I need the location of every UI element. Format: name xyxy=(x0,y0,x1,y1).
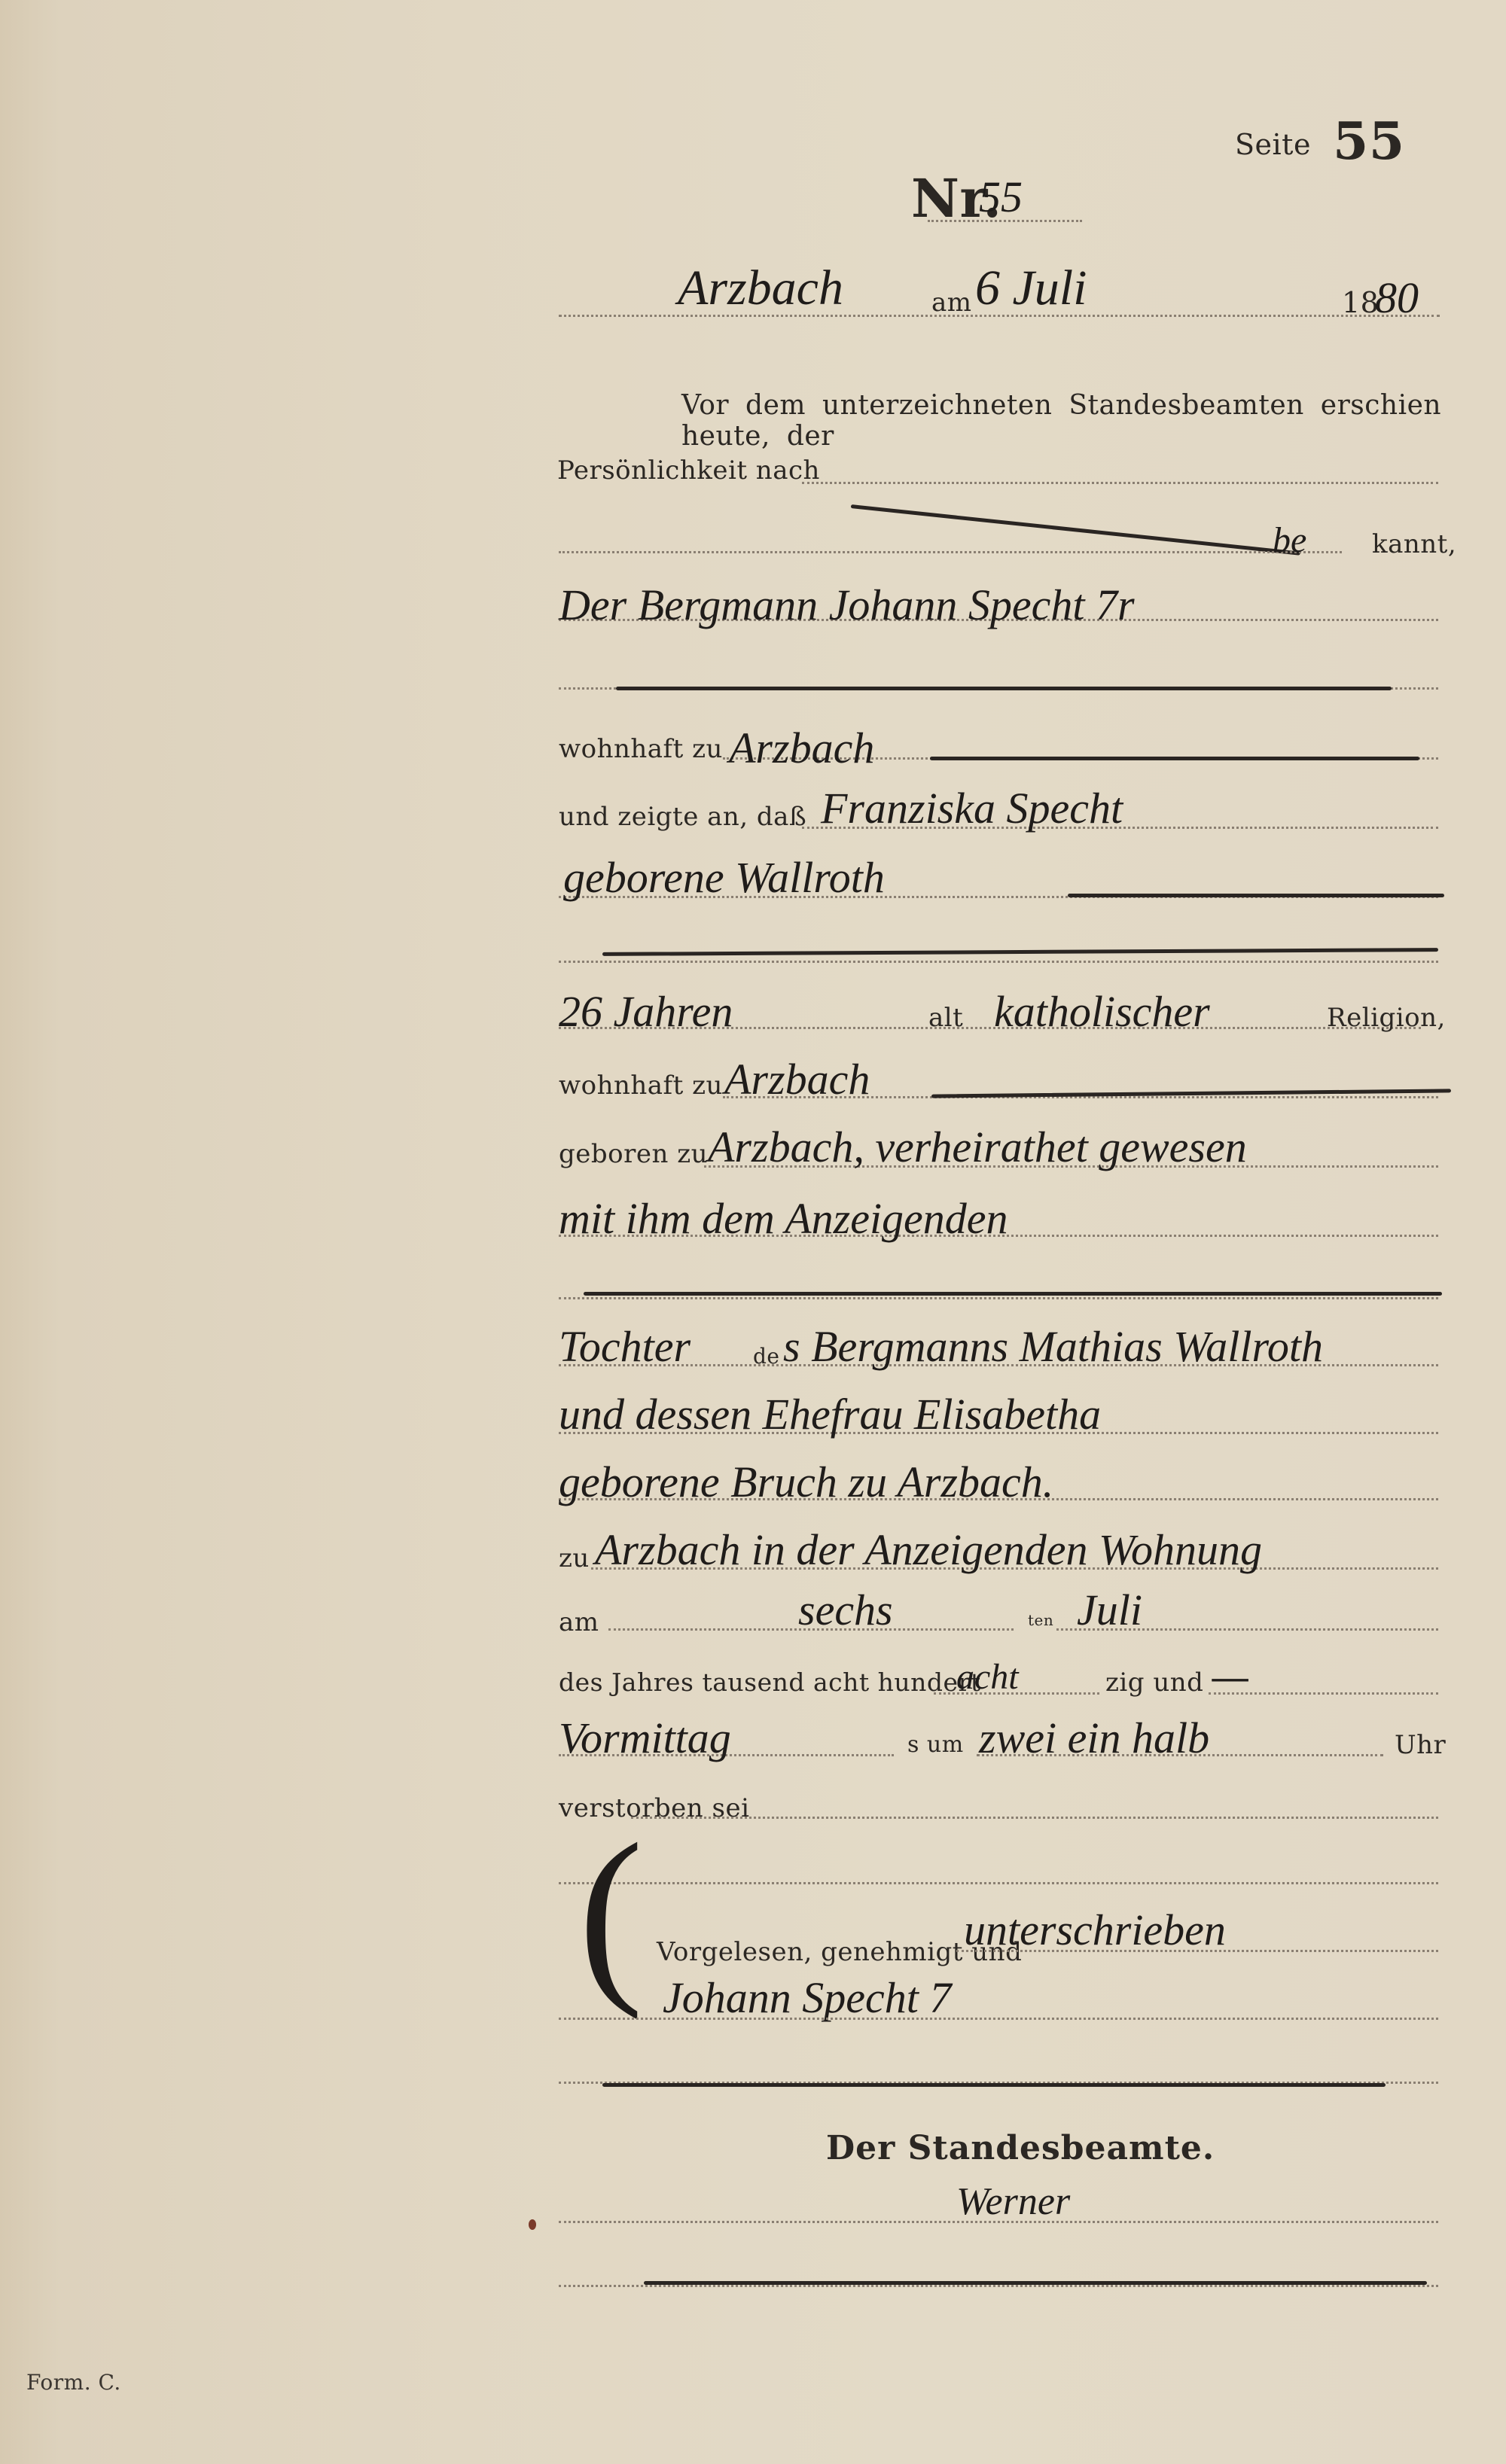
death-year-units[interactable]: — xyxy=(1212,1656,1248,1698)
fill-bar xyxy=(616,687,1392,690)
bekannt-line xyxy=(559,551,1342,553)
blank-line xyxy=(559,1882,1438,1884)
death-year-tens[interactable]: acht xyxy=(956,1656,1019,1698)
death-date-label: am xyxy=(559,1607,599,1637)
deceased-residence[interactable]: Arzbach xyxy=(724,1054,870,1104)
married-to[interactable]: mit ihm dem Anzeigenden xyxy=(559,1193,1008,1244)
zig-und-label: zig und xyxy=(1105,1668,1203,1698)
death-place[interactable]: Arzbach in der Anzeigenden Wohnung xyxy=(595,1524,1262,1575)
ink-spot xyxy=(529,2219,536,2230)
death-day[interactable]: sechs xyxy=(798,1585,893,1635)
bekannt-handwritten[interactable]: be xyxy=(1273,519,1306,561)
fill-bar xyxy=(602,2083,1386,2087)
fill-bar xyxy=(644,2281,1427,2285)
death-time[interactable]: zwei ein halb xyxy=(979,1713,1209,1763)
parents-father[interactable]: s Bergmanns Mathias Wallroth xyxy=(783,1321,1323,1372)
read-approved-value[interactable]: unterschrieben xyxy=(964,1905,1226,1955)
page-label: Seite xyxy=(1235,128,1311,161)
blank-line xyxy=(559,961,1438,963)
parents-mother[interactable]: und dessen Ehefrau Elisabetha xyxy=(559,1389,1101,1439)
parents-tochter[interactable]: Tochter xyxy=(559,1321,691,1372)
birthplace-marital[interactable]: Arzbach, verheirathet gewesen xyxy=(708,1122,1247,1172)
fill-bar xyxy=(602,948,1438,956)
declarant-residence-label: wohnhaft zu xyxy=(559,734,723,764)
deceased-religion[interactable]: katholischer xyxy=(994,986,1210,1037)
deceased-age[interactable]: 26 Jahren xyxy=(559,986,733,1037)
year-printed-prefix: 18 xyxy=(1342,286,1379,319)
signature-line xyxy=(559,2018,1438,2020)
deceased-residence-label: wohnhaft zu xyxy=(559,1071,723,1101)
blank-line xyxy=(559,2285,1438,2287)
verstorben-line xyxy=(631,1817,1438,1819)
form-code: Form. C. xyxy=(26,2370,121,2395)
declarant-signature[interactable]: Johann Specht 7 xyxy=(663,1972,951,2023)
deceased-birthname[interactable]: geborene Wallroth xyxy=(563,852,885,903)
fill-bar xyxy=(584,1292,1442,1296)
fill-bar xyxy=(1068,894,1444,897)
deceased-name[interactable]: Franziska Specht xyxy=(821,783,1123,833)
blank-line xyxy=(559,1297,1438,1299)
bekannt-printed: kannt, xyxy=(1372,529,1456,559)
s-um-label: s um xyxy=(907,1732,964,1758)
death-day-suffix: ten xyxy=(1028,1611,1053,1629)
death-period[interactable]: Vormittag xyxy=(559,1713,731,1763)
death-year-label: des Jahres tausend acht hundert xyxy=(559,1668,981,1697)
brace-flourish: ( xyxy=(578,1814,644,2010)
born-label: geboren zu xyxy=(559,1139,708,1169)
fill-bar xyxy=(930,757,1419,760)
registrar-heading: Der Standesbeamte. xyxy=(826,2129,1215,2167)
death-month[interactable]: Juli xyxy=(1077,1585,1142,1635)
year-handwritten[interactable]: 80 xyxy=(1375,273,1419,323)
registrar-line xyxy=(559,2221,1438,2223)
death-place-label: zu xyxy=(559,1543,590,1573)
zeigte-an-label: und zeigte an, daß xyxy=(559,802,806,832)
age-label: alt xyxy=(928,1003,963,1033)
registry-date[interactable]: 6 Juli xyxy=(975,260,1087,317)
religion-label: Religion, xyxy=(1327,1003,1446,1033)
parents-printed-de: de xyxy=(753,1344,780,1369)
parents-mother-birthname[interactable]: geborene Bruch zu Arzbach. xyxy=(559,1457,1053,1507)
personality-label: Persönlichkeit nach xyxy=(557,455,820,486)
personality-line xyxy=(802,482,1438,484)
registry-place[interactable]: Arzbach xyxy=(678,260,843,317)
am-label: am xyxy=(931,288,972,318)
uhr-label: Uhr xyxy=(1395,1730,1446,1760)
declarant-residence[interactable]: Arzbach xyxy=(729,723,874,773)
strike-line xyxy=(851,504,1300,556)
page-number: 55 xyxy=(1333,111,1405,172)
declarant-name[interactable]: Der Bergmann Johann Specht 7r xyxy=(559,580,1135,630)
registrar-signature[interactable]: Werner xyxy=(956,2179,1070,2224)
intro-text: Vor dem unterzeichneten Standesbeamten e… xyxy=(681,390,1506,452)
entry-number[interactable]: 55 xyxy=(979,172,1023,222)
